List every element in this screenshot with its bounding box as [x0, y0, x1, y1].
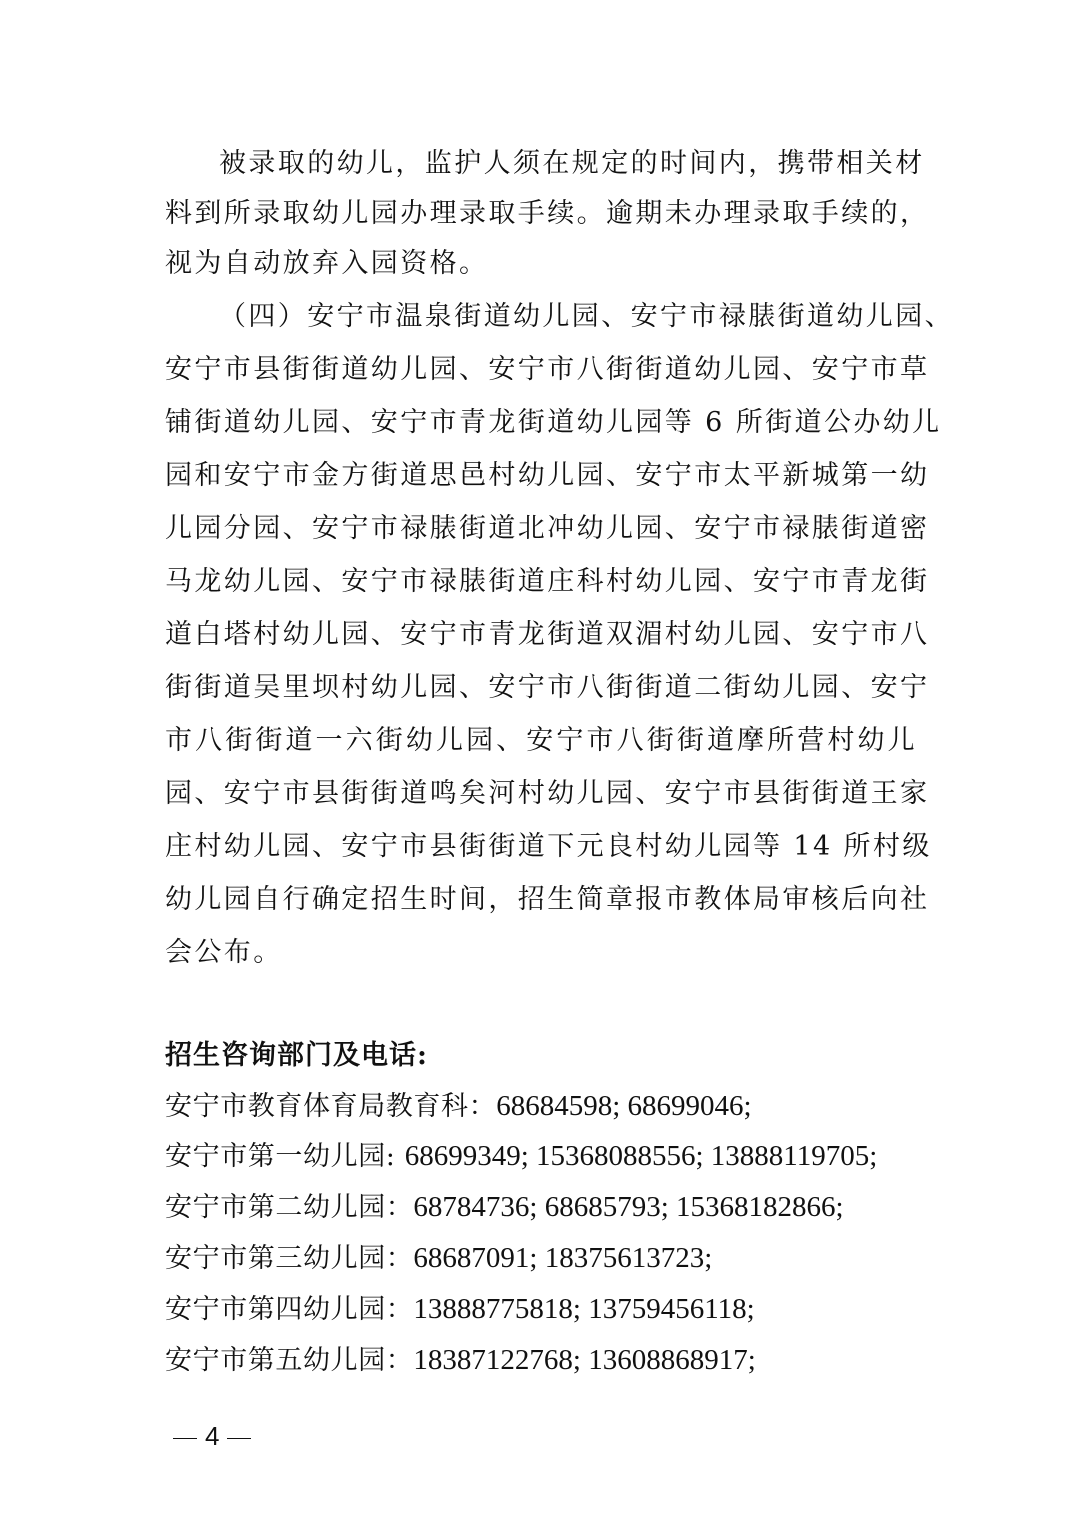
page-number-dash-left: [173, 1438, 197, 1439]
paragraph-2-line: 安宁市县街街道幼儿园、安宁市八街街道幼儿园、安宁市草: [165, 352, 917, 388]
contact-item: 安宁市第三幼儿园：68687091; 18375613723;: [165, 1240, 712, 1277]
paragraph-1-line: 视为自动放弃入园资格。: [165, 246, 917, 282]
paragraph-2-line: 儿园分园、安宁市禄脿街道北冲幼儿园、安宁市禄脿街道密: [165, 511, 917, 547]
contact-phones: 68784736; 68685793; 15368182866;: [413, 1191, 843, 1223]
contacts-heading: 招生咨询部门及电话:: [165, 1038, 428, 1074]
contact-name: 安宁市第二幼儿园：: [165, 1192, 413, 1223]
paragraph-1-line: 料到所录取幼儿园办理录取手续。逾期未办理录取手续的，: [165, 196, 917, 232]
contact-name: 安宁市第四幼儿园：: [165, 1294, 413, 1325]
page-number: 4: [165, 1418, 259, 1454]
paragraph-2-line: 马龙幼儿园、安宁市禄脿街道庄科村幼儿园、安宁市青龙街: [165, 564, 917, 600]
contact-item: 安宁市第一幼儿园: 68699349; 15368088556; 1388811…: [165, 1138, 877, 1175]
contact-name: 安宁市教育体育局教育科：: [165, 1091, 496, 1122]
paragraph-2-line: 园和安宁市金方街道思邑村幼儿园、安宁市太平新城第一幼: [165, 458, 917, 494]
page-number-value: 4: [205, 1421, 219, 1451]
contact-item: 安宁市第五幼儿园：18387122768; 13608868917;: [165, 1342, 756, 1379]
document-page: 被录取的幼儿，监护人须在规定的时间内，携带相关材 料到所录取幼儿园办理录取手续。…: [0, 0, 1080, 1527]
contact-phones: 13888775818; 13759456118;: [413, 1293, 754, 1325]
paragraph-2-line: 会公布。: [165, 935, 917, 971]
contact-name: 安宁市第一幼儿园:: [165, 1141, 405, 1172]
contact-phones: 68699349; 15368088556; 13888119705;: [405, 1140, 878, 1172]
contact-phones: 68684598; 68699046;: [496, 1090, 751, 1122]
paragraph-1-line: 被录取的幼儿，监护人须在规定的时间内，携带相关材: [219, 146, 917, 182]
page-number-dash-right: [227, 1438, 251, 1439]
paragraph-2-line: 幼儿园自行确定招生时间，招生简章报市教体局审核后向社: [165, 882, 917, 918]
paragraph-2-line: （四）安宁市温泉街道幼儿园、安宁市禄脿街道幼儿园、: [219, 299, 917, 335]
contact-item: 安宁市教育体育局教育科：68684598; 68699046;: [165, 1088, 752, 1125]
paragraph-2-line: 庄村幼儿园、安宁市县街街道下元良村幼儿园等 14 所村级: [165, 829, 917, 865]
paragraph-2-line: 园、安宁市县街街道鸣矣河村幼儿园、安宁市县街街道王家: [165, 776, 917, 812]
contact-item: 安宁市第四幼儿园：13888775818; 13759456118;: [165, 1291, 755, 1328]
paragraph-2-line: 街街道吴里坝村幼儿园、安宁市八街街道二街幼儿园、安宁: [165, 670, 917, 706]
paragraph-2-line: 铺街道幼儿园、安宁市青龙街道幼儿园等 6 所街道公办幼儿: [165, 405, 917, 441]
paragraph-2-line: 市八街街道一六街幼儿园、安宁市八街街道摩所营村幼儿: [165, 723, 917, 759]
contact-name: 安宁市第三幼儿园：: [165, 1243, 413, 1274]
contact-item: 安宁市第二幼儿园：68784736; 68685793; 15368182866…: [165, 1189, 844, 1226]
paragraph-2-line: 道白塔村幼儿园、安宁市青龙街道双湄村幼儿园、安宁市八: [165, 617, 917, 653]
contact-phones: 18387122768; 13608868917;: [413, 1344, 755, 1376]
contact-name: 安宁市第五幼儿园：: [165, 1345, 413, 1376]
contact-phones: 68687091; 18375613723;: [413, 1242, 712, 1274]
